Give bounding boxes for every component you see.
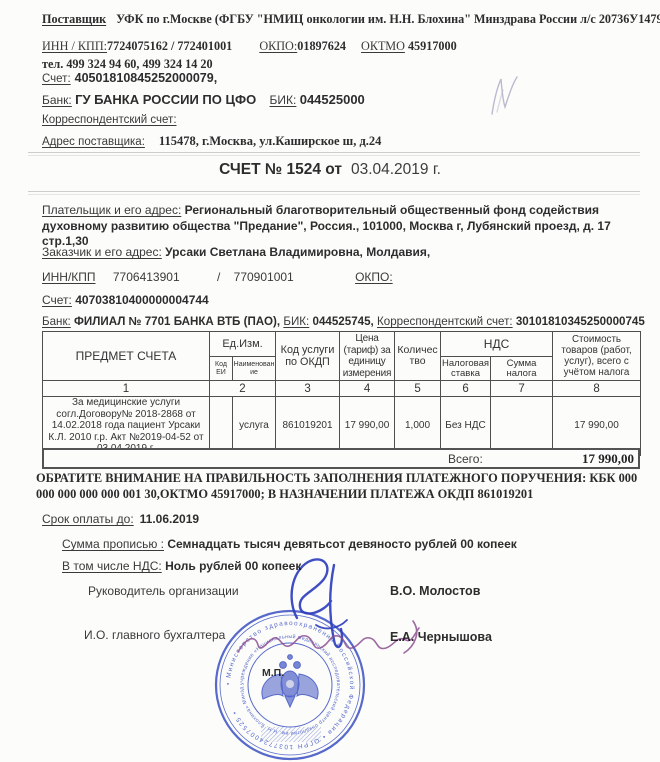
stamp-ring-text-outer: • Министерство здравоохранения Российско… [225, 620, 356, 750]
column-number-row: 1 2 3 4 5 6 7 8 [43, 381, 641, 397]
col-header-unit-code: Код ЕИ [210, 357, 233, 381]
col-header-vat-rate: Налоговая ставка [441, 357, 491, 381]
amount-in-words-value: Семнадцать тысяч девятьсот девяносто руб… [167, 537, 516, 551]
cell-price: 17 990,00 [340, 397, 395, 456]
col-header-unit-name: Наименование [233, 357, 276, 381]
cell-unit-code [210, 397, 233, 456]
col-header-vat-group: НДС [441, 332, 553, 357]
cell-vat-rate: Без НДС [441, 397, 491, 456]
invoice-date: 03.04.2019 г. [351, 161, 441, 178]
cell-quantity: 1,000 [395, 397, 441, 456]
col-num-1: 1 [43, 381, 210, 397]
payer-inn-line: ИНН/КПП 7706413901 / 770901001 ОКПО: [42, 270, 393, 284]
payer-bik-label: БИК: [283, 315, 309, 328]
vat-in-words-value: Ноль рублей 00 копеек [165, 559, 301, 573]
col-header-cost: Стоимость товаров (работ, услуг), всего … [553, 332, 641, 381]
payer-account-value: 40703810400000004744 [75, 293, 208, 307]
supplier-label: Поставщик [42, 12, 106, 26]
accountant-name: Е.А. Чернышова [390, 630, 492, 644]
cell-cost: 17 990,00 [553, 397, 641, 456]
divider-line [28, 191, 640, 192]
col-num-3: 3 [276, 381, 340, 397]
payer-okpo-label: ОКПО: [355, 270, 393, 284]
col-header-unit-group: Ед.Изм. [210, 332, 276, 357]
total-label: Всего: [448, 452, 483, 466]
pen-mark [492, 77, 517, 114]
col-num-8: 8 [553, 381, 641, 397]
supplier-inn-kpp-value: 7724075162 / 772401001 [107, 39, 232, 53]
supplier-corr-label: Корреспондентский счет: [42, 114, 177, 126]
payer-line: Плательщик и его адрес: Региональный бла… [42, 203, 642, 250]
payer-corr-value: 30101810345250000745 [516, 315, 645, 328]
supplier-address-value: 115478, г.Москва, ул.Каширское ш, д.24 [159, 134, 382, 148]
vat-in-words-label: В том числе НДС: [62, 559, 162, 573]
cell-service-code: 861019201 [276, 397, 340, 456]
invoice-items-table: ПРЕДМЕТ СЧЕТА Ед.Изм. Код услуги по ОКДП… [42, 331, 641, 456]
payer-corr-label: Корреспондентский счет: [377, 315, 513, 328]
supplier-line: ПоставщикУФК по г.Москве (ФГБУ "НМИЦ онк… [42, 12, 660, 27]
total-value: 17 990,00 [582, 451, 634, 467]
col-header-subject: ПРЕДМЕТ СЧЕТА [43, 332, 210, 381]
supplier-address-line: Адрес поставщика:115478, г.Москва, ул.Ка… [42, 134, 381, 149]
col-num-2: 2 [210, 381, 276, 397]
supplier-bik-label: БИК: [270, 93, 297, 107]
supplier-name: УФК по г.Москве (ФГБУ "НМИЦ онкологии им… [116, 12, 660, 26]
amount-in-words-line: Сумма прописью : Семнадцать тысяч девять… [62, 537, 517, 551]
payer-bik-value: 044525745, [313, 315, 374, 328]
supplier-inn-kpp-label: ИНН / КПП: [42, 39, 107, 53]
stamp-banner [261, 727, 321, 742]
supplier-bik-value: 044525000 [300, 92, 365, 107]
stamp-eagle [262, 655, 318, 707]
col-num-5: 5 [395, 381, 441, 397]
supplier-bank-label: Банк: [42, 93, 72, 107]
payer-bank-value: ФИЛИАЛ № 7701 БАНКА ВТБ (ПАО), [74, 315, 280, 328]
supplier-inn-line: ИНН / КПП:7724075162 / 772401001 ОКПО:01… [42, 39, 457, 54]
payer-kpp-value: 770901001 [234, 270, 294, 284]
col-header-price: Цена (тариф) за единицу измерения [340, 332, 395, 381]
payment-due-value: 11.06.2019 [140, 512, 199, 526]
cell-vat-amount [491, 397, 553, 456]
cell-unit-name: услуга [233, 397, 276, 456]
supplier-okpo-value: 01897624 [297, 39, 346, 53]
director-label: Руководитель организации [88, 584, 239, 598]
payer-inn-value: 7706413901 [113, 270, 180, 284]
payer-label: Плательщик и его адрес: [42, 203, 181, 217]
supplier-phone: тел. 499 324 94 60, 499 324 14 20 [42, 57, 213, 72]
payer-account-label: Счет: [42, 293, 72, 307]
supplier-corr-line: Корреспондентский счет: [42, 114, 177, 126]
total-row: Всего: 17 990,00 [42, 448, 640, 469]
cell-subject: За медицинские услуги согл.Договору№ 201… [43, 397, 210, 456]
supplier-oktmo-label: ОКТМО [361, 39, 405, 53]
supplier-bank-line: Банк: ГУ БАНКА РОССИИ ПО ЦФО БИК: 044525… [42, 92, 365, 107]
col-num-6: 6 [441, 381, 491, 397]
customer-line: Заказчик и его адрес: Урсаки Светлана Вл… [42, 245, 430, 259]
accountant-label: И.О. главного бухгалтера [84, 628, 225, 642]
customer-label: Заказчик и его адрес: [42, 245, 162, 259]
vat-in-words-line: В том числе НДС: Ноль рублей 00 копеек [62, 559, 301, 573]
supplier-address-label: Адрес поставщика: [42, 136, 145, 148]
customer-value: Урсаки Светлана Владимировна, Молдавия, [165, 245, 430, 259]
director-name: В.О. Молостов [390, 584, 480, 598]
supplier-bank-value: ГУ БАНКА РОССИИ ПО ЦФО [75, 92, 256, 107]
col-header-quantity: Количество [395, 332, 441, 381]
supplier-okpo-label: ОКПО: [259, 39, 297, 53]
col-header-vat-amount: Сумма налога [491, 357, 553, 381]
payment-notice: ОБРАТИТЕ ВНИМАНИЕ НА ПРАВИЛЬНОСТЬ ЗАПОЛН… [36, 471, 642, 502]
payment-due-line: Срок оплаты до:11.06.2019 [42, 512, 199, 526]
stamp-place-label: М.П. [262, 667, 284, 679]
amount-in-words-label: Сумма прописью : [62, 537, 164, 551]
supplier-oktmo-value: 45917000 [408, 39, 457, 53]
table-row: За медицинские услуги согл.Договору№ 201… [43, 397, 641, 456]
col-num-4: 4 [340, 381, 395, 397]
invoice-document: ПоставщикУФК по г.Москве (ФГБУ "НМИЦ онк… [0, 0, 660, 762]
payer-inn-kpp-label: ИНН/КПП [42, 270, 96, 284]
col-header-service-code: Код услуги по ОКДП [276, 332, 340, 381]
payer-bank-line: Банк: ФИЛИАЛ № 7701 БАНКА ВТБ (ПАО), БИК… [42, 315, 645, 328]
supplier-account-label: Счет: [42, 73, 71, 85]
invoice-title: СЧЕТ № 1524 от03.04.2019 г. [0, 161, 660, 179]
payer-bank-label: Банк: [42, 315, 71, 328]
supplier-account-line: Счет:40501810845252000079, [42, 71, 217, 85]
divider-line [28, 152, 640, 153]
payer-inn-kpp-separator: / [217, 270, 220, 284]
col-num-7: 7 [491, 381, 553, 397]
payer-account-line: Счет: 40703810400000004744 [42, 293, 209, 307]
supplier-account-value: 40501810845252000079, [75, 71, 218, 85]
invoice-number: СЧЕТ № 1524 от [219, 161, 342, 178]
payment-due-label: Срок оплаты до: [42, 512, 134, 526]
svg-text:• Министерство здравоохранения: • Министерство здравоохранения Российско… [225, 620, 356, 750]
